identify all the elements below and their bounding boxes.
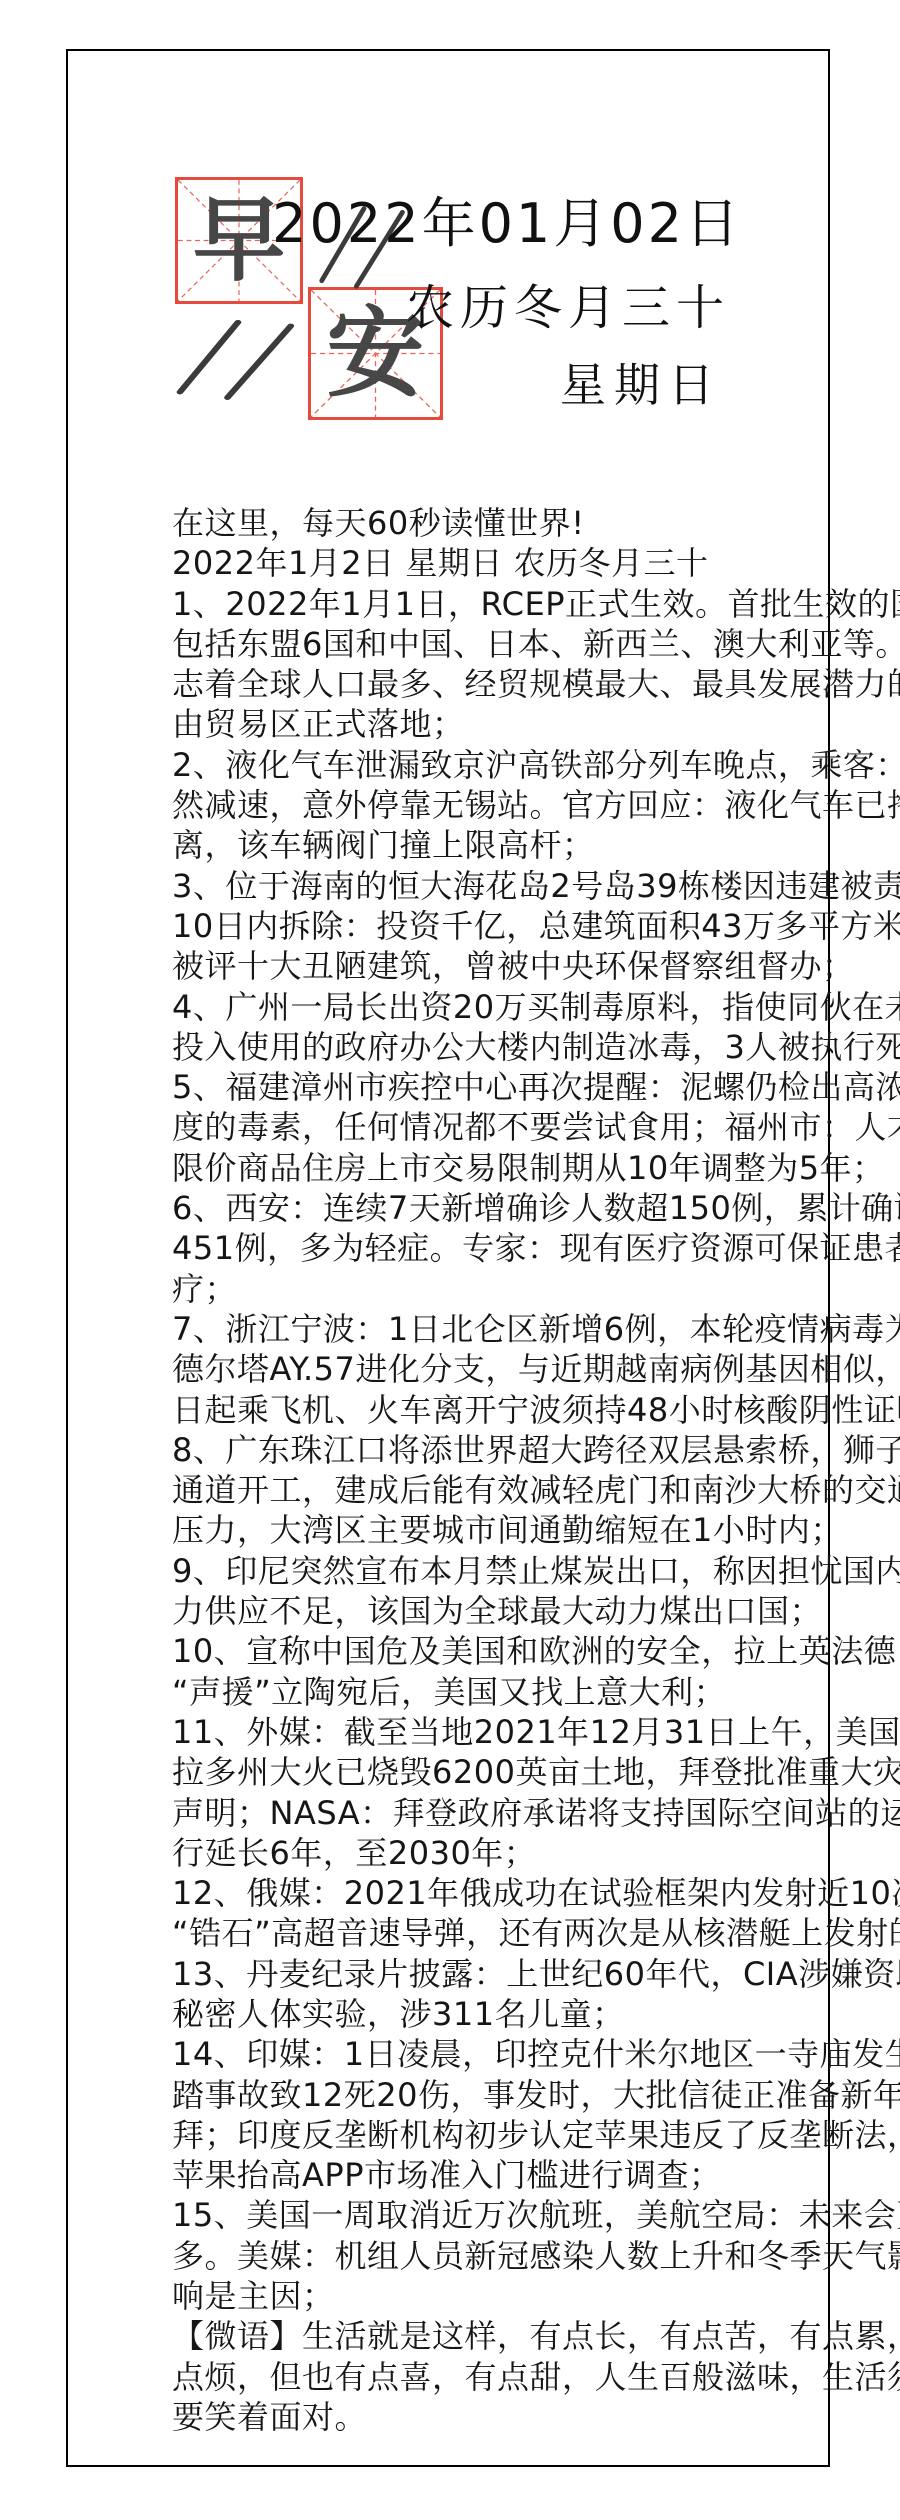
text-line: 1、2022年1月1日，RCEP正式生效。首批生效的国家 xyxy=(172,584,900,624)
text-line: 行延长6年，至2030年； xyxy=(172,1833,900,1873)
text-line: 志着全球人口最多、经贸规模最大、最具发展潜力的自 xyxy=(172,664,900,704)
morning-news-card: 早 安 xyxy=(0,0,900,2520)
double-slash-icon xyxy=(172,313,304,405)
text-line: 10、宣称中国危及美国和欧洲的安全，拉上英法德 xyxy=(172,1631,900,1671)
text-line: 限价商品住房上市交易限制期从10年调整为5年； xyxy=(172,1148,900,1188)
text-line: 然减速，意外停靠无锡站。官方回应：液化气车已拖 xyxy=(172,785,900,825)
weekday-text: 星期日 xyxy=(560,349,722,415)
outer-frame-border: 早 安 xyxy=(66,49,830,2467)
text-line: 10日内拆除：投资千亿，总建筑面积43万多平方米，刚 xyxy=(172,906,900,946)
text-line: 6、西安：连续7天新增确诊人数超150例，累计确诊1 xyxy=(172,1188,900,1228)
text-line: 响是主因； xyxy=(172,2276,900,2316)
text-line: 3、位于海南的恒大海花岛2号岛39栋楼因违建被责令 xyxy=(172,866,900,906)
lunar-date-text: 农历冬月三十 xyxy=(406,269,730,338)
text-line: 压力，大湾区主要城市间通勤缩短在1小时内； xyxy=(172,1510,900,1550)
text-line: 12、俄媒：2021年俄成功在试验框架内发射近10次 xyxy=(172,1873,900,1913)
text-line: 日起乘飞机、火车离开宁波须持48小时核酸阴性证明； xyxy=(172,1390,900,1430)
text-line: 度的毒素，任何情况都不要尝试食用；福州市：人才 xyxy=(172,1107,900,1147)
text-line: 通道开工，建成后能有效减轻虎门和南沙大桥的交通 xyxy=(172,1470,900,1510)
text-line: 11、外媒：截至当地2021年12月31日上午，美国科罗 xyxy=(172,1712,900,1752)
text-line: 8、广东珠江口将添世界超大跨径双层悬索桥，狮子洋 xyxy=(172,1430,900,1470)
text-line: 7、浙江宁波：1日北仑区新增6例，本轮疫情病毒为 xyxy=(172,1309,900,1349)
text-line: 力供应不足，该国为全球最大动力煤出口国； xyxy=(172,1591,900,1631)
text-line: 由贸易区正式落地； xyxy=(172,704,900,744)
text-line: 13、丹麦纪录片披露：上世纪60年代，CIA涉嫌资助 xyxy=(172,1954,900,1994)
text-line: 4、广州一局长出资20万买制毒原料，指使同伙在未 xyxy=(172,987,900,1027)
text-line: 15、美国一周取消近万次航班，美航空局：未来会更 xyxy=(172,2195,900,2235)
text-line: 9、印尼突然宣布本月禁止煤炭出口，称因担忧国内电 xyxy=(172,1551,900,1591)
text-line: 苹果抬高APP市场准入门槛进行调查； xyxy=(172,2155,900,2195)
text-line: 声明；NASA：拜登政府承诺将支持国际空间站的运 xyxy=(172,1793,900,1833)
text-line: 被评十大丑陋建筑，曾被中央环保督察组督办； xyxy=(172,946,900,986)
text-line: 要笑着面对。 xyxy=(172,2397,900,2437)
text-line: 点烦，但也有点喜，有点甜，人生百般滋味，生活须 xyxy=(172,2357,900,2397)
text-line: 【微语】生活就是这样，有点长，有点苦，有点累，有 xyxy=(172,2316,900,2356)
text-line: 在这里，每天60秒读懂世界! xyxy=(172,503,900,543)
text-line: 投入使用的政府办公大楼内制造冰毒，3人被执行死刑； xyxy=(172,1027,900,1067)
text-line: “锆石”高超音速导弹，还有两次是从核潜艇上发射的； xyxy=(172,1913,900,1953)
text-line: 拜；印度反垄断机构初步认定苹果违反了反垄断法，对 xyxy=(172,2115,900,2155)
text-line: 秘密人体实验，涉311名儿童； xyxy=(172,1994,900,2034)
text-line: 2022年1月2日 星期日 农历冬月三十 xyxy=(172,543,900,583)
text-line: 踏事故致12死20伤，事发时，大批信徒正准备新年祭 xyxy=(172,2075,900,2115)
text-line: 疗； xyxy=(172,1269,900,1309)
text-line: 5、福建漳州市疾控中心再次提醒：泥螺仍检出高浓 xyxy=(172,1067,900,1107)
text-line: 包括东盟6国和中国、日本、新西兰、澳大利亚等。标 xyxy=(172,624,900,664)
text-line: 德尔塔AY.57进化分支，与近期越南病例基因相似，2 xyxy=(172,1349,900,1389)
text-line: 拉多州大火已烧毁6200英亩土地，拜登批准重大灾难 xyxy=(172,1752,900,1792)
date-text: 2022年01月02日 xyxy=(272,181,742,258)
text-line: 451例，多为轻症。专家：现有医疗资源可保证患者治 xyxy=(172,1228,900,1268)
text-line: 14、印媒：1日凌晨，印控克什米尔地区一寺庙发生踩 xyxy=(172,2034,900,2074)
text-line: 多。美媒：机组人员新冠感染人数上升和冬季天气影 xyxy=(172,2236,900,2276)
news-body-text: 在这里，每天60秒读懂世界!2022年1月2日 星期日 农历冬月三十1、2022… xyxy=(172,503,900,2437)
text-line: “声援”立陶宛后，美国又找上意大利； xyxy=(172,1672,900,1712)
text-line: 2、液化气车泄漏致京沪高铁部分列车晚点，乘客：突 xyxy=(172,745,900,785)
text-line: 离，该车辆阀门撞上限高杆； xyxy=(172,825,900,865)
